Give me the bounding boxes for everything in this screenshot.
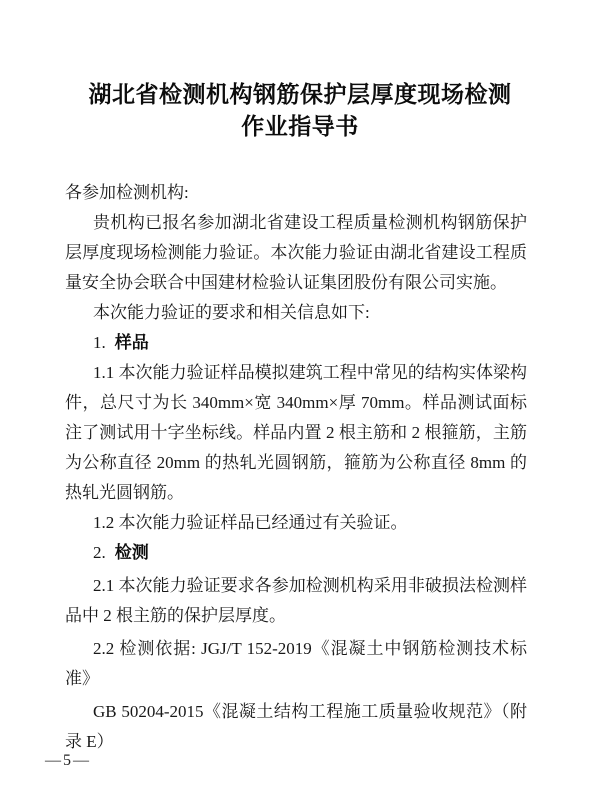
page-number: —5— bbox=[45, 750, 91, 772]
paragraph-2-1: 2.1 本次能力验证要求各参加检测机构采用非破损法检测样品中 2 根主筋的保护层… bbox=[65, 571, 527, 631]
paragraph-1-2: 1.2 本次能力验证样品已经通过有关验证。 bbox=[65, 508, 527, 538]
document-body: 各参加检测机构: 贵机构已报名参加湖北省建设工程质量检测机构钢筋保护层厚度现场检… bbox=[65, 178, 527, 757]
section-heading-1: 1.样品 bbox=[65, 328, 527, 358]
paragraph-intro: 贵机构已报名参加湖北省建设工程质量检测机构钢筋保护层厚度现场检测能力验证。本次能… bbox=[65, 208, 527, 298]
paragraph-1-1: 1.1 本次能力验证样品模拟建筑工程中常见的结构实体梁构件，总尺寸为长 340m… bbox=[65, 358, 527, 508]
title-line-2: 作业指导书 bbox=[0, 110, 600, 142]
paragraph-gb-standard: GB 50204-2015《混凝土结构工程施工质量验收规范》（附录 E） bbox=[65, 697, 527, 757]
section-2-label: 检测 bbox=[115, 543, 149, 562]
title-line-1: 湖北省检测机构钢筋保护层厚度现场检测 bbox=[0, 78, 600, 110]
salutation: 各参加检测机构: bbox=[65, 178, 527, 208]
paragraph-2-2: 2.2 检测依据: JGJ/T 152-2019《混凝土中钢筋检测技术标准》 bbox=[65, 634, 527, 694]
document-page: 湖北省检测机构钢筋保护层厚度现场检测 作业指导书 各参加检测机构: 贵机构已报名… bbox=[0, 0, 600, 800]
paragraph-info-lead: 本次能力验证的要求和相关信息如下: bbox=[65, 298, 527, 328]
section-1-label: 样品 bbox=[115, 333, 149, 352]
section-2-number: 2. bbox=[93, 543, 106, 562]
section-1-number: 1. bbox=[93, 333, 106, 352]
document-title: 湖北省检测机构钢筋保护层厚度现场检测 作业指导书 bbox=[0, 78, 600, 142]
section-heading-2: 2.检测 bbox=[65, 538, 527, 568]
